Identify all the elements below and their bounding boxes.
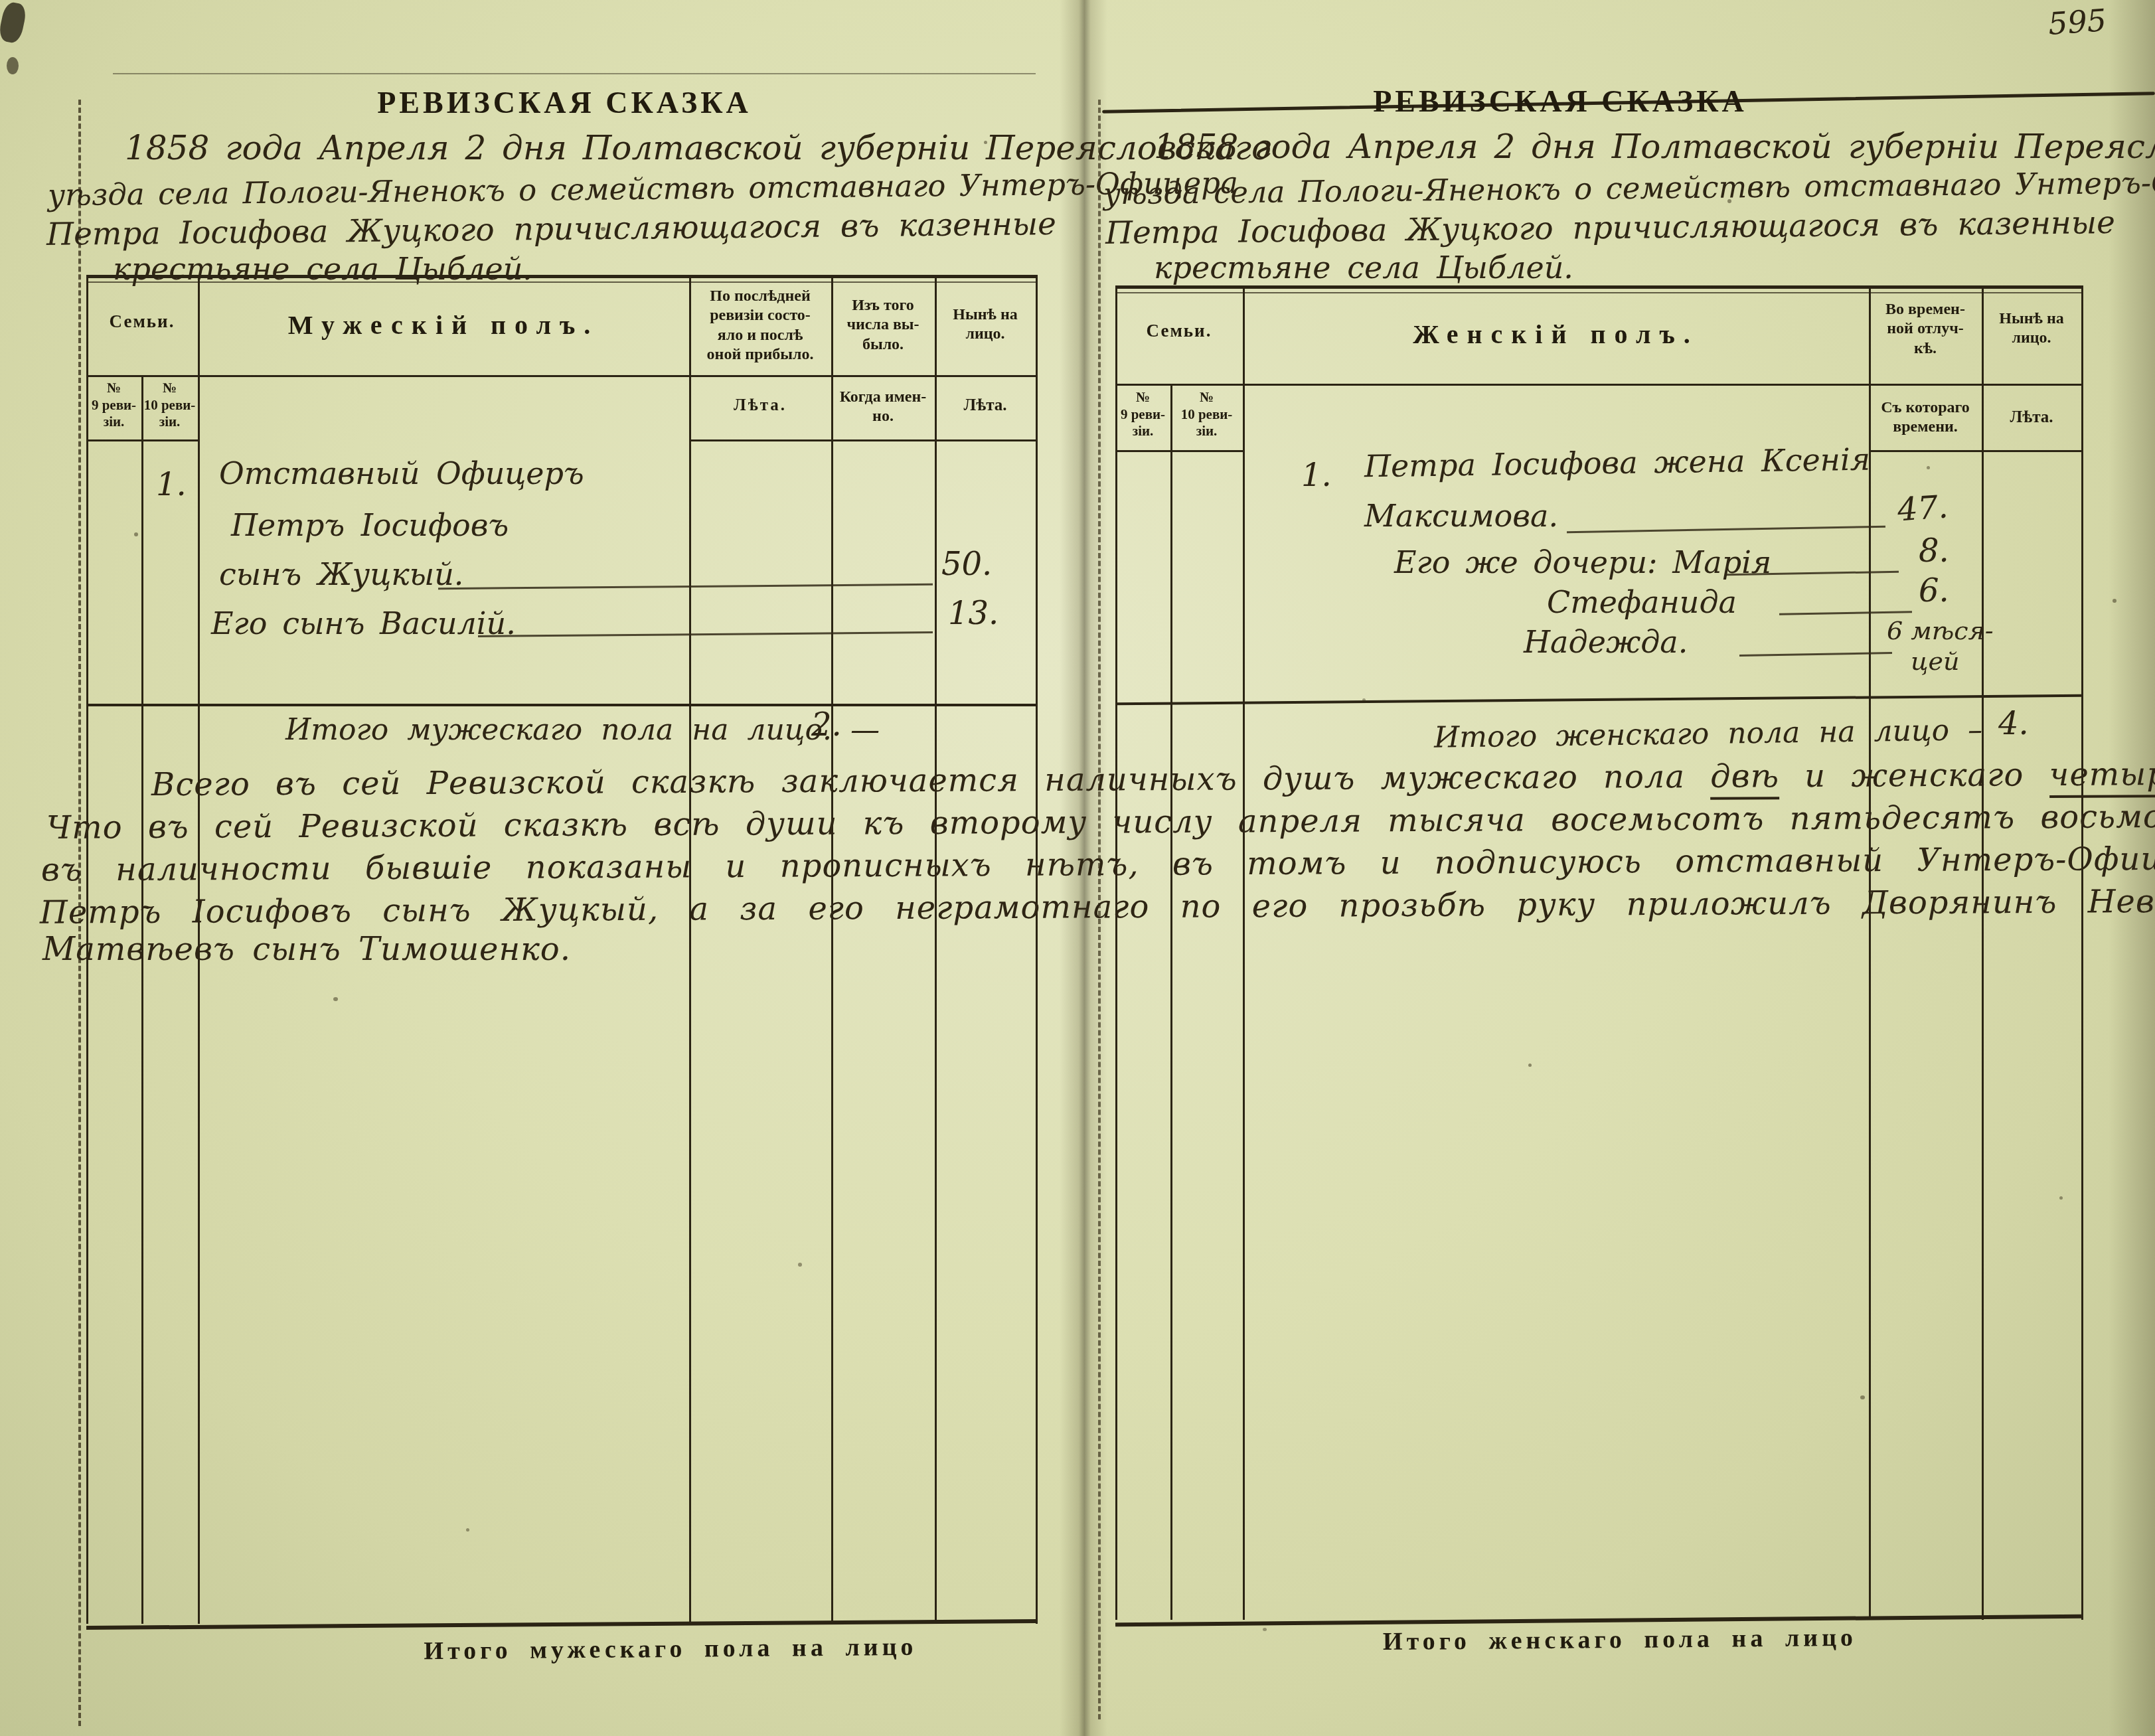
table-grid-line bbox=[1170, 384, 1172, 1620]
corner-smudge bbox=[0, 1, 28, 44]
table-grid-line bbox=[689, 439, 1037, 441]
right-header-line: крестьяне села Цыблей. bbox=[1154, 251, 1573, 285]
summary-line: въ наличности бывшіе показаны и прописны… bbox=[41, 841, 2155, 888]
left-header-line: крестьяне села Цыблей. bbox=[113, 252, 532, 286]
column-header-last-revision: По послѣдней ревизіи состо- яло и послѣ … bbox=[692, 287, 829, 364]
left-page-top-rule bbox=[113, 73, 1036, 74]
entry-age: 50. bbox=[941, 547, 992, 582]
entry-line: Петра Іосифова жена Ксенія bbox=[1364, 443, 1871, 483]
paper-speck bbox=[466, 1528, 469, 1532]
entry-line: Надежда. bbox=[1524, 625, 1688, 659]
right-footer-caption: Итого женскаго пола на лицо bbox=[1328, 1622, 1912, 1657]
paper-speck bbox=[333, 997, 338, 1001]
column-header-male: Мужескій полъ. bbox=[198, 309, 689, 341]
paper-speck bbox=[1528, 1064, 1532, 1067]
entry-age-continued: цей bbox=[1911, 648, 1959, 676]
left-footer-caption: Итого мужескаго пола на лицо bbox=[372, 1632, 969, 1666]
entry-age: 8. bbox=[1919, 534, 1949, 569]
table-grid-line bbox=[1115, 450, 1243, 452]
entry-age: 6 мѣся- bbox=[1887, 617, 1994, 645]
entry-line: Отставный Офицеръ bbox=[219, 457, 584, 491]
paper-speck bbox=[134, 532, 138, 536]
ruling-dash bbox=[438, 584, 933, 590]
table-grid-line bbox=[86, 275, 1037, 278]
paper-speck bbox=[2113, 599, 2116, 603]
right-header-line: уѣзда села Пологи-Яненокъ о семействѣ от… bbox=[1103, 165, 2155, 210]
table-grid-line bbox=[86, 704, 1037, 706]
left-header-line: Петра Іосифова Жуцкого причисляющагося в… bbox=[46, 207, 1057, 252]
revision-list-scan: 595 РЕВИЗСКАЯ СКАЗКА 1858 года Апреля 2 … bbox=[0, 0, 2155, 1736]
ruling-dash bbox=[478, 631, 933, 637]
entry-age: 47. bbox=[1896, 489, 1949, 528]
column-header-present: Нынѣ на лицо. bbox=[937, 305, 1033, 345]
column-header-family: Семьи. bbox=[86, 311, 198, 333]
column-subheader-years: Лѣта. bbox=[937, 396, 1033, 416]
paper-speck bbox=[1927, 466, 1930, 469]
column-header-rev10: № 10 реви- зіи. bbox=[1170, 389, 1243, 440]
paper-speck bbox=[1263, 1628, 1267, 1631]
summary-underlined-count-male: двѣ bbox=[1710, 757, 1779, 800]
ruling-dash bbox=[1567, 526, 1885, 533]
entry-line: Его же дочери: Марія bbox=[1394, 546, 1771, 580]
entry-line: сынъ Жуцкый. bbox=[219, 558, 463, 592]
table-grid-line bbox=[1982, 285, 1984, 1620]
summary-text: и женскаго bbox=[1779, 756, 2049, 795]
male-total-line: Итого мужескаго пола на лицо. — bbox=[285, 714, 880, 746]
column-header-present: Нынѣ на лицо. bbox=[1984, 309, 2079, 349]
table-grid-line bbox=[141, 375, 143, 1624]
entry-line: Его сынъ Василій. bbox=[211, 607, 516, 641]
table-grid-line bbox=[86, 375, 1037, 377]
table-grid-line bbox=[1243, 285, 1245, 1620]
table-grid-line bbox=[1869, 285, 1871, 1620]
table-grid-line bbox=[1115, 292, 2081, 293]
right-header-line: 1858 года Апреля 2 дня Полтавской губерн… bbox=[1154, 129, 2155, 165]
page-number: 595 bbox=[2047, 3, 2107, 41]
column-header-departed: Изъ того числа вы- было. bbox=[834, 296, 932, 355]
table-grid-line bbox=[1115, 694, 2081, 706]
column-header-female: Женскій полъ. bbox=[1243, 319, 1869, 350]
table-grid-line bbox=[86, 1619, 1037, 1630]
male-total-value: 2. bbox=[811, 708, 842, 743]
column-header-absence: Во времен- ной отлуч- кѣ. bbox=[1872, 300, 1979, 358]
summary-line: Петръ Іосифовъ сынъ Жуцкый, а за его нег… bbox=[40, 884, 2155, 930]
table-grid-line bbox=[86, 281, 1037, 283]
family-number: 1. bbox=[1301, 458, 1332, 493]
table-grid-line bbox=[1115, 384, 2081, 386]
paper-speck bbox=[2059, 1196, 2063, 1200]
column-subheader-since: Съ котораго времени. bbox=[1872, 398, 1979, 437]
summary-signature-line: Матвѣевъ сынъ Тимошенко. bbox=[42, 932, 571, 967]
entry-line: Петръ Іосифовъ bbox=[231, 509, 509, 542]
summary-line: Всего въ сей Ревизской сказкѣ заключаетс… bbox=[151, 757, 2155, 803]
column-header-rev10: № 10 реви- зіи. bbox=[141, 380, 198, 431]
table-grid-line bbox=[831, 275, 833, 1624]
column-header-rev9: № 9 реви- зіи. bbox=[86, 380, 141, 431]
summary-line: Что въ сей Ревизской сказкѣ всѣ души къ … bbox=[46, 799, 2155, 846]
column-subheader-when: Когда имен- но. bbox=[834, 388, 932, 427]
table-grid-line bbox=[935, 275, 937, 1624]
female-total-value: 4. bbox=[1998, 706, 2029, 742]
entry-age: 6. bbox=[1919, 574, 1949, 609]
corner-smudge bbox=[7, 57, 19, 74]
paper-speck bbox=[798, 1263, 802, 1267]
table-grid-line bbox=[1115, 285, 2081, 289]
column-header-rev9: № 9 реви- зіи. bbox=[1115, 389, 1170, 440]
summary-text: Всего въ сей Ревизской сказкѣ заключаетс… bbox=[151, 758, 1710, 803]
column-header-family: Семьи. bbox=[1115, 320, 1243, 342]
column-subheader-years: Лѣта. bbox=[689, 396, 831, 416]
summary-underlined-count-female: четыре bbox=[2049, 755, 2155, 798]
ruling-dash bbox=[1779, 611, 1912, 615]
family-number: 1. bbox=[156, 467, 187, 503]
table-grid-line bbox=[689, 275, 691, 1624]
right-header-line: Петра Іосифова Жуцкого причисляющагося в… bbox=[1105, 206, 2116, 251]
entry-age: 13. bbox=[948, 596, 998, 631]
column-subheader-years: Лѣта. bbox=[1984, 408, 2079, 428]
table-grid-line bbox=[1115, 285, 1117, 1620]
left-page-title: РЕВИЗСКАЯ СКАЗКА bbox=[372, 85, 757, 120]
paper-speck bbox=[1860, 1395, 1865, 1399]
table-grid-line bbox=[2081, 285, 2083, 1620]
right-page-title: РЕВИЗСКАЯ СКАЗКА bbox=[1368, 84, 1753, 119]
entry-line: Максимова. bbox=[1364, 499, 1558, 533]
table-grid-line bbox=[1036, 275, 1038, 1624]
table-grid-line bbox=[1869, 450, 2081, 452]
entry-line: Стефанида bbox=[1547, 586, 1737, 619]
female-total-line: Итого женскаго пола на лицо – bbox=[1434, 714, 1983, 754]
